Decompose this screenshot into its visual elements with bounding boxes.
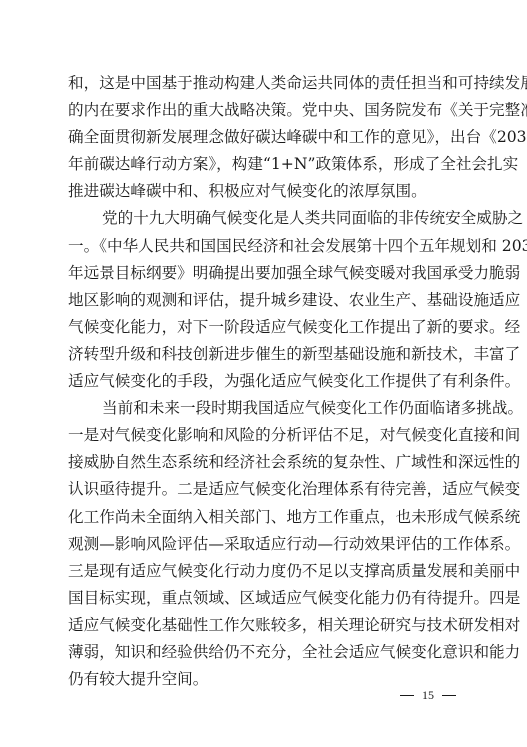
dash-right-icon [442, 695, 456, 697]
text-line: 三是现有适应气候变化行动力度仍不足以支撑高质量发展和美丽中 [68, 558, 460, 585]
text-line: 适应气候变化的手段，为强化适应气候变化工作提供了有利条件。 [68, 368, 460, 395]
text-line: 济转型升级和科技创新进步催生的新型基础设施和新技术，丰富了 [68, 341, 460, 368]
text-line: 年前碳达峰行动方案》，构建“1+N”政策体系，形成了全社会扎实 [68, 151, 460, 178]
text-line: 接威胁自然生态系统和经济社会系统的复杂性、广域性和深远性的 [68, 449, 460, 476]
text-line: 观测—影响风险评估—采取适应行动—行动效果评估的工作体系。 [68, 531, 460, 558]
page-number: 15 [400, 688, 456, 703]
page-number-value: 15 [422, 688, 434, 703]
text-line: 党的十九大明确气候变化是人类共同面临的非传统安全威胁之 [68, 205, 460, 232]
text-line: 确全面贯彻新发展理念做好碳达峰碳中和工作的意见》，出台《2030 [68, 124, 460, 151]
text-line: 的内在要求作出的重大战略决策。党中央、国务院发布《关于完整准 [68, 97, 460, 124]
text-line: 推进碳达峰碳中和、积极应对气候变化的浓厚氛围。 [68, 178, 460, 205]
document-page: 和，这是中国基于推动构建人类命运共同体的责任担当和可持续发展 的内在要求作出的重… [0, 0, 527, 747]
text-line: 年远景目标纲要》明确提出要加强全球气候变暖对我国承受力脆弱 [68, 260, 460, 287]
text-line: 地区影响的观测和评估，提升城乡建设、农业生产、基础设施适应 [68, 287, 460, 314]
text-line: 气候变化能力，对下一阶段适应气候变化工作提出了新的要求。经 [68, 314, 460, 341]
text-line: 当前和未来一段时期我国适应气候变化工作仍面临诸多挑战。 [68, 395, 460, 422]
text-line: 化工作尚未全面纳入相关部门、地方工作重点，也未形成气候系统 [68, 504, 460, 531]
text-line: 薄弱，知识和经验供给仍不充分，全社会适应气候变化意识和能力 [68, 639, 460, 666]
text-line: 和，这是中国基于推动构建人类命运共同体的责任担当和可持续发展 [68, 70, 460, 97]
text-line: 一。《中华人民共和国国民经济和社会发展第十四个五年规划和 2035 [68, 233, 460, 260]
text-line: 适应气候变化基础性工作欠账较多，相关理论研究与技术研发相对 [68, 612, 460, 639]
body-text: 和，这是中国基于推动构建人类命运共同体的责任担当和可持续发展 的内在要求作出的重… [68, 70, 460, 693]
text-line: 认识亟待提升。二是适应气候变化治理体系有待完善，适应气候变 [68, 476, 460, 503]
text-line: 国目标实现，重点领域、区域适应气候变化能力仍有待提升。四是 [68, 585, 460, 612]
dash-left-icon [400, 695, 414, 697]
text-line: 一是对气候变化影响和风险的分析评估不足，对气候变化直接和间 [68, 422, 460, 449]
